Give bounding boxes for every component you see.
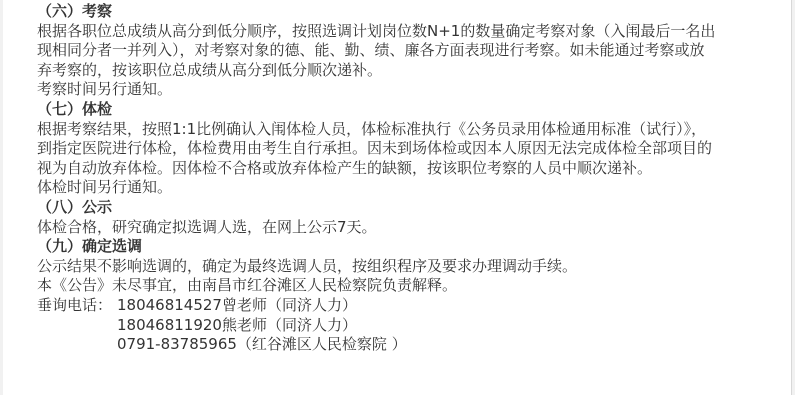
section-heading-inspection: （六）考察 [37, 2, 777, 22]
announcement-content: （六）考察 根据各职位总成绩从高分到低分顺序，按照选调计划岗位数N+1的数量确定… [37, 2, 777, 355]
contact-entry: 18046811920熊老师（同济人力） [117, 316, 357, 334]
paragraph-line: 体检时间另行通知。 [37, 178, 777, 198]
paragraph-line: 现相同分者一并列入），对考察对象的德、能、勤、绩、廉各方面表现进行考察。如未能通… [37, 41, 777, 61]
left-margin-strip [0, 0, 3, 395]
paragraph-line: 视为自动放弃体检。因体检不合格或放弃体检产生的缺额，按该职位考察的人员中顺次递补… [37, 159, 777, 179]
paragraph-line: 考察时间另行通知。 [37, 80, 777, 100]
contact-row: 垂询电话：18046814527曾老师（同济人力） [37, 296, 777, 316]
contact-row: 0791-83785965（红谷滩区人民检察院 ） [37, 335, 777, 355]
paragraph-line: 本《公告》未尽事宜，由南昌市红谷滩区人民检察院负责解释。 [37, 276, 777, 296]
contact-label: 垂询电话： [37, 296, 117, 316]
section-heading-public-notice: （八）公示 [37, 198, 777, 218]
paragraph-line: 体检合格，研究确定拟选调人选，在网上公示7天。 [37, 218, 777, 238]
contact-entry: 0791-83785965（红谷滩区人民检察院 ） [117, 335, 407, 353]
paragraph-line: 弃考察的，按该职位总成绩从高分到低分顺次递补。 [37, 61, 777, 81]
contact-entry: 18046814527曾老师（同济人力） [117, 296, 357, 314]
section-heading-medical-exam: （七）体检 [37, 100, 777, 120]
paragraph-line: 根据考察结果，按照1:1比例确认入闱体检人员，体检标准执行《公务员录用体检通用标… [37, 120, 777, 140]
contact-row: 18046811920熊老师（同济人力） [37, 316, 777, 336]
paragraph-line: 公示结果不影响选调的，确定为最终选调人员，按组织程序及要求办理调动手续。 [37, 257, 777, 277]
paragraph-line: 到指定医院进行体检，体检费用由考生自行承担。因未到场体检或因本人原因无法完成体检… [37, 139, 777, 159]
document-page: （六）考察 根据各职位总成绩从高分到低分顺序，按照选调计划岗位数N+1的数量确定… [0, 0, 795, 395]
section-heading-final-selection: （九）确定选调 [37, 237, 777, 257]
paragraph-line: 根据各职位总成绩从高分到低分顺序，按照选调计划岗位数N+1的数量确定考察对象（入… [37, 22, 777, 42]
